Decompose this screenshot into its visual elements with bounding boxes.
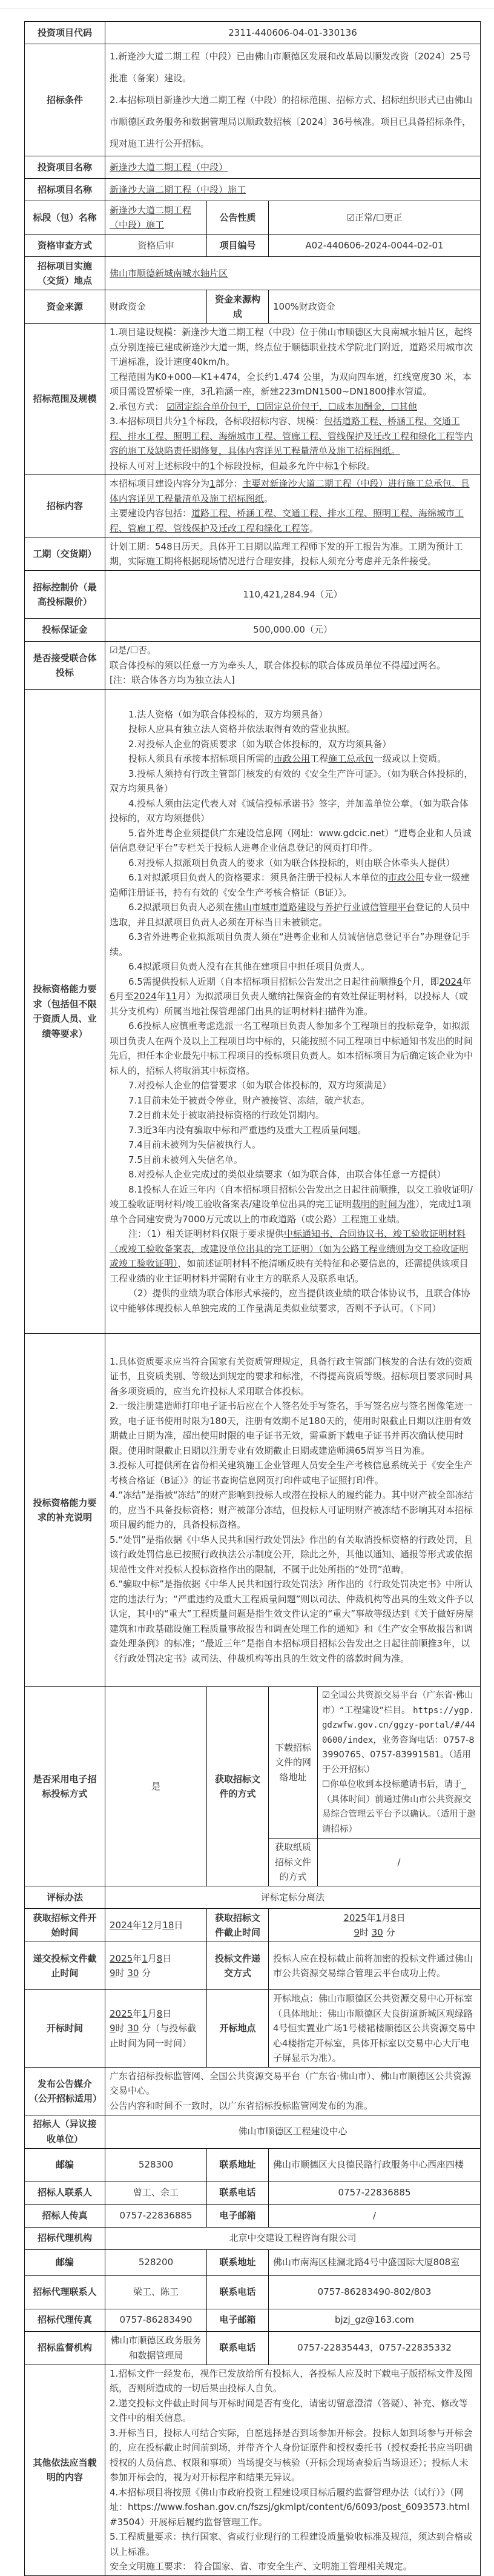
nature-option-correction: 更正 (384, 212, 403, 223)
row-bid-bond: 投标保证金 500,000.00（元） (25, 619, 481, 642)
unit-day: 日 (162, 2008, 171, 2019)
tenderer-fax-value: 0757-22836885 (105, 2204, 207, 2227)
obtain-end-hour: 9 (354, 1927, 360, 1938)
row-agency-fax: 招标代理传真 0757-86283490 电子邮箱 bjzj_gz@163.co… (25, 2309, 481, 2331)
agency-postcode-value: 528200 (105, 2249, 207, 2275)
unit-hour: 时 (116, 1968, 125, 1979)
obtain-end-value: 2025年1月8日 9时 30 分 (269, 1909, 481, 1942)
label-location: 招标项目实施（交货）地点 (25, 257, 105, 290)
row-others: 其他依法应当载明的内容 1.招标文件一经发布，视作已发放给所有投标人，各投标人应… (25, 2365, 481, 2575)
label-agency-fax: 招标代理传真 (25, 2309, 105, 2331)
scope-p5-n2: 1 (334, 461, 340, 471)
qual-2a-u2: 施工总承包 (328, 753, 374, 764)
supplement-item-1: 1.具体资质要求应当符合国家有关资质管理规定，具备行政主管部门核发的合法有效的资… (110, 1354, 476, 1399)
control-price-value: 110,421,284.94（元） (105, 571, 481, 619)
consortium-choice: ☑是/☐否。 (110, 643, 476, 658)
obtain-start-year: 2024 (110, 1920, 133, 1931)
row-electronic: 是否采用电子招标投标方式 是 获取招标文件的方式 下载招标文件的网络地址 ☑全国… (25, 1687, 481, 1839)
qual-6-2-u: 佛山市城市道路建设与养护行业诚信管理平台 (234, 902, 415, 913)
qual-2a-3: 一级或以上资质。 (374, 753, 446, 764)
unit-month: 月 (153, 1920, 162, 1931)
others-item-4: 4.本招标项目将按照《佛山市政府投资工程建设项目标后履约监督管理办法（试行）》（… (110, 2485, 476, 2530)
submit-hour: 9 (110, 1968, 116, 1979)
submit-year: 2025 (110, 1953, 133, 1964)
agency-contact-value: 梁工、陈工 (105, 2275, 207, 2309)
unit-month: 月 (148, 1953, 157, 1964)
unit-minute: 分 (142, 2023, 151, 2034)
qual-1: 1.法人资格（如为联合体投标的，双方均须具备） (110, 707, 476, 722)
row-obtain-time: 获取招标文件开始时间 2024年12月18日 获取招标文件截止时间 2025年1… (25, 1909, 481, 1942)
label-obtain-method: 获取招标文件的方式 (207, 1687, 269, 1886)
qual-1a: 投标人应具有独立法人资格并依法取得有效的营业执照。 (110, 722, 476, 737)
content-b-end: 。 (309, 523, 318, 534)
agency-phone-value: 0757-86283490-802/803 (269, 2275, 481, 2309)
label-tenderer-address: 联系地址 (207, 2148, 269, 2182)
qual-6-5-months: 6 (397, 976, 403, 987)
unit-minute: 分 (142, 1968, 151, 1979)
content-a-count: 1 (209, 478, 216, 489)
label-electronic: 是否采用电子招标投标方式 (25, 1687, 105, 1886)
qual-6-5-a: 6.5需提供投标人近期（自本招标项目招标公告发出之日起往前顺推 (128, 976, 397, 987)
obtain-start-value: 2024年12月18日 (105, 1909, 207, 1942)
media-line-2: 公告内容和时间不一致时，以广东省招标投标监管网发布的为准。 (110, 2098, 476, 2114)
label-agency-postcode: 邮编 (25, 2249, 105, 2275)
qual-6-5-c: 年 (463, 976, 472, 987)
scope-p5: 投标人可对上述标段中的1个标段投标，但最多允许中标1个标段。 (110, 459, 476, 474)
unit-month: 月 (148, 2008, 157, 2019)
scope-p2: 工程范围为K0+000—K1+474，全长约1.474 公里，为双向四车道，红线… (110, 370, 476, 399)
qual-6-5-month2: 11 (166, 991, 177, 1002)
download-address-value: ☑全国公共资源交易平台（广东省·佛山市）“工程建设”栏目。 https://yg… (318, 1687, 481, 1839)
tender-notice-table: 投资项目代码 2311-440606-04-01-330136 招标条件 1.新… (24, 21, 481, 2576)
row-tenderer-fax: 招标人传真 0757-22836885 电子邮箱 / (25, 2204, 481, 2227)
qual-6-5: 6.5需提供投标人近期（自本招标项目招标公告发出之日起往前顺推6个月，即2024… (110, 974, 476, 1019)
scope-p3: 2.承包方式： ☑固定综合单价包干，☐固定总价包干，☐成本加酬金，☐其他 (110, 399, 476, 414)
label-opening-time: 开标时间 (25, 1990, 105, 2068)
qual-8-1: 8.1投标人在近三年内（自本招标项目招标公告发出之日起往前顺推，以交工验收证明/… (110, 1182, 476, 1227)
qual-2a-1: 投标人须具有承接本招标项目所需的 (128, 753, 274, 764)
scope-section-count: 1 (182, 416, 188, 427)
content-a: 本招标项目建设内容分为1部分：主要对新逢沙大道二期工程（中段）进行施工总承包。具… (110, 476, 476, 506)
supervisor-value: 佛山市顺德区政务服务和数据管理局 (105, 2331, 207, 2365)
label-supervisor-phone: 联系电话 (207, 2331, 269, 2365)
row-submit: 递交投标文件截止时间 2025年1月8日 9时 30 分 投标文件递交方式 投标… (25, 1942, 481, 1990)
content-value: 本招标项目建设内容分为1部分：主要对新逢沙大道二期工程（中段）进行施工总承包。具… (105, 475, 481, 537)
label-tenderer-postcode: 邮编 (25, 2148, 105, 2182)
label-tenderer-email: 电子邮箱 (207, 2204, 269, 2227)
submit-month: 1 (142, 1953, 148, 1964)
label-qualification: 投标资格能力要求（包括但不限于资质人员、业绩等要求） (25, 690, 105, 1334)
media-line-1: 广东省招标投标监管网、全国公共资源交易平台（广东省·佛山市）、佛山市顺德区公共资… (110, 2069, 476, 2098)
label-tenderer-contact: 招标人联系人 (25, 2182, 105, 2204)
label-obtain-start: 获取招标文件开始时间 (25, 1909, 105, 1942)
scope-p5-b: 个标段投标，但最多允许中标 (216, 461, 334, 471)
row-investment-project-name: 投资项目名称 新逢沙大道二期工程（中段） (25, 156, 481, 179)
label-evaluation: 评标办法 (25, 1886, 105, 1909)
investment-project-name-cell: 新逢沙大道二期工程（中段） (105, 156, 481, 179)
opening-hour: 9 (110, 2023, 116, 2034)
scope-p4-prefix: 3.本招标项目共分 (110, 416, 182, 427)
unit-day: 日 (174, 1920, 183, 1931)
agency-address-value: 佛山市南海区桂澜北路4号中盛国际大厦808室 (269, 2249, 481, 2275)
label-obtain-end: 获取招标文件截止时间 (207, 1909, 269, 1942)
unit-hour: 时 (360, 1927, 369, 1938)
label-agency-phone: 联系电话 (207, 2275, 269, 2309)
qual-6-3: 6.3省外进粤企业拟派项目负责人须在“进粤企业和人员诚信信息登记平台”办理登记手… (110, 930, 476, 959)
qual-7-5: 7.5目前未被列入失信名单。 (110, 1153, 476, 1168)
qual-6-5-year2: 2024 (134, 991, 157, 1002)
label-project-code: 投资项目代码 (25, 22, 105, 44)
row-agency: 招标代理机构 北京中交建设工程咨询有限公司 (25, 2227, 481, 2249)
nature-option-normal: 正常 (355, 212, 373, 223)
label-qualification-review: 资格审查方式 (25, 235, 105, 257)
agency-email-value[interactable]: bjzj_gz@163.com (269, 2309, 481, 2331)
agency-fax-value: 0757-86283490 (105, 2309, 207, 2331)
content-a-prefix: 本招标项目建设内容分为 (110, 478, 209, 489)
others-item-3: 3.开标当日，投标人可结合实际，自愿选择是否到场参加开标会。投标人如到场参与开标… (110, 2426, 476, 2485)
obtain-end-day: 8 (390, 1912, 397, 1923)
section-name-value: 新逢沙大道二期工程（中段）施工 (110, 205, 191, 231)
row-supplement: 投标资格能力要求的补充说明 1.具体资质要求应当符合国家有关资质管理规定，具备行… (25, 1334, 481, 1687)
label-tenderer-phone: 联系电话 (207, 2182, 269, 2204)
qualification-review-value: 资格后审 (105, 235, 207, 257)
label-control-price: 招标控制价（最高投标限价） (25, 571, 105, 619)
label-funding-composition: 资金来源构成 (207, 290, 269, 324)
qual-3: 3.投标人须持有行政主管部门核发的有效的《安全生产许可证》。（如为联合体投标的，… (110, 767, 476, 796)
label-scope: 招标范围及规模 (25, 324, 105, 475)
row-project-code: 投资项目代码 2311-440606-04-01-330136 (25, 22, 481, 44)
row-tenderer: 招标人（异议接收单位） 佛山市顺德区工程建设中心 (25, 2115, 481, 2148)
section-name-cell: 新逢沙大道二期工程（中段）施工 (105, 201, 207, 235)
qual-note-2: （2）提供的业绩为联合体形式承接的，应当提供该业绩的联合体协议书，且联合体协议中… (110, 1286, 476, 1316)
others-item-1: 1.招标文件一经发布，视作已发放给所有投标人，各投标人应及时下载电子版招标文件及… (110, 2366, 476, 2396)
qual-4: 4.投标人须由法定代表人对《诚信投标承诺书》签字，并加盖单位公章。（如为联合体投… (110, 796, 476, 826)
qual-note-1-a: 注：（1）相关证明材料仅限于要求提供 (128, 1228, 284, 1239)
qual-6-5-b: 个月，即 (403, 976, 439, 987)
row-content: 招标内容 本招标项目建设内容分为1部分：主要对新逢沙大道二期工程（中段）进行施工… (25, 475, 481, 537)
qual-note-1: 注：（1）相关证明材料仅限于要求提供中标通知书、合同协议书、竣工验收证明材料（或… (110, 1226, 476, 1286)
qual-6: 6.对投标人拟派项目负责人的要求（如为联合体投标的，则由联合体牵头人提供） (110, 856, 476, 871)
row-qualification-review: 资格审查方式 资格后审 项目编号 A02-440606-2024-0044-02… (25, 235, 481, 257)
others-item-6: 安全文明施工要求： 符合国家、省、市安全生产、文明施工管理相关规定。 (110, 2559, 476, 2574)
download-invite-option: ☐你单位收到本投标邀请书后，请于_（具体时间）前通过佛山市公共资源交易综合管理云… (322, 1777, 476, 1837)
supplement-item-2: 2.一级注册建造师打印电子证书后应在个人签名处手写签名，手写签名应与签名图像笔迹… (110, 1399, 476, 1458)
row-control-price: 招标控制价（最高投标限价） 110,421,284.94（元） (25, 571, 481, 619)
location-cell: 佛山市顺德新城南城水轴片区 (105, 257, 481, 290)
qual-6-1: 6.1对拟派项目负责人的资格要求：须具备注册于投标人本单位的市政公用专业一级建造… (110, 870, 476, 900)
submit-deadline-value: 2025年1月8日 9时 30 分 (105, 1942, 207, 1990)
consortium-line1: 联合体投标的须以任意一方为牵头人，联合体投标的联合体成员单位不得超过两名。 (110, 658, 476, 673)
opening-time-value: 2025年1月8日 9时 30 分（与投标截止时间为同一时间） (105, 1990, 207, 2068)
scope-p5-n1: 1 (209, 461, 216, 471)
qual-5: 5.省外进粤企业须提供广东建设信息网（网址：www.gdcic.net）“进粤企… (110, 826, 476, 856)
label-funding: 资金来源 (25, 290, 105, 324)
row-agency-post: 邮编 528200 联系地址 佛山市南海区桂澜北路4号中盛国际大厦808室 (25, 2249, 481, 2275)
tenderer-value: 佛山市顺德区工程建设中心 (105, 2115, 481, 2148)
qual-7-1: 7.1目前未处于被责令停业，财产被接管、冻结，破产状态。 (110, 1093, 476, 1108)
qual-2: 2.对投标人企业的资质要求（如为联合体投标的，双方均须具备） (110, 737, 476, 752)
label-investment-project-name: 投资项目名称 (25, 156, 105, 179)
content-a-mid: 部分： (216, 478, 243, 489)
supplement-item-5: 5.“处罚”是指依据《中华人民共和国行政处罚法》作出的有关取消投标资格的行政处罚… (110, 1533, 476, 1577)
qual-2a: 投标人须具有承接本招标项目所需的市政公用工程施工总承包一级或以上资质。 (110, 751, 476, 767)
tenderer-contact-value: 曾工、余工 (105, 2182, 207, 2204)
conditions-value: 1.新逢沙大道二期工程（中段）已由佛山市顺德区发展和改革局以顺发改资〔2024〕… (105, 44, 481, 156)
row-opening: 开标时间 2025年1月8日 9时 30 分（与投标截止时间为同一时间） 开标地… (25, 1990, 481, 2068)
label-download-address: 下载招标文件的网络地址 (269, 1687, 318, 1839)
notice-nature-value: ☑正常/☐更正 (269, 201, 481, 235)
row-agency-contact: 招标代理联系人 梁工、陈工 联系电话 0757-86283490-802/803 (25, 2275, 481, 2309)
qual-6-5-e: 年 (157, 991, 166, 1002)
others-item-2: 2.递交投标文件截止时间与开标时间是否有变化，请密切留意澄清（答疑）、补充、修改… (110, 2396, 476, 2426)
tender-project-name-value: 新逢沙大道二期工程（中段）施工 (110, 184, 246, 195)
opening-day: 8 (157, 2008, 163, 2019)
unit-year: 年 (367, 1912, 376, 1923)
investment-project-name-value: 新逢沙大道二期工程（中段） (110, 162, 228, 173)
project-no-value: A02-440606-2024-0044-02-01 (269, 235, 481, 257)
tenderer-email-value: / (269, 2204, 481, 2227)
content-b: 主要建设内容包括：道路工程、桥涵工程、交通工程、排水工程、照明工程、海绵城市工程… (110, 506, 476, 536)
qual-7-4: 7.4目前未被列为失信被执行人。 (110, 1137, 476, 1153)
conditions-item-2: 2.本招标项目新逢沙大道二期工程（中段）的招标范围、招标方式、招标组织形式已由佛… (110, 89, 476, 155)
media-value: 广东省招标投标监管网、全国公共资源交易平台（广东省·佛山市）、佛山市顺德区公共资… (105, 2067, 481, 2115)
row-evaluation: 评标办法 评标定标分离法 (25, 1886, 481, 1909)
qual-6-2-a: 6.2拟派项目负责人必须在 (128, 902, 234, 913)
qual-7-2: 7.2目前未处于被取消投标资格的行政处罚期内。 (110, 1108, 476, 1123)
row-consortium: 是否接受联合体投标 ☑是/☐否。 联合体投标的须以任意一方为牵头人，联合体投标的… (25, 642, 481, 690)
unit-day: 日 (162, 1953, 171, 1964)
content-a-end: 。 (264, 493, 273, 504)
scope-p4: 3.本招标项目共分1个标段，各标段招标内容、规模：包括道路工程、桥涵工程、交通工… (110, 414, 476, 459)
label-submit-deadline: 递交投标文件截止时间 (25, 1942, 105, 1990)
period-value: 计划工期：548日历天。具体开工日期以监理工程师下发的开工报告为准。工期为预计工… (105, 537, 481, 571)
label-submit-method: 投标文件递交方式 (207, 1942, 269, 1990)
scope-value: 1.项目建设规模：新逢沙大道二期工程（中段）位于佛山市顺德区大良南城水轴片区，起… (105, 324, 481, 475)
qual-8-1-u: 载明的时间为准 (352, 1199, 415, 1210)
label-agency-address: 联系地址 (207, 2249, 269, 2275)
row-funding: 资金来源 财政资金 资金来源构成 100%财政资金 (25, 290, 481, 324)
supplement-item-4: 4.“冻结”是指被“冻结”的财产影响到投标人或潜在投标人的履约能力。其中财产被全… (110, 1488, 476, 1533)
consortium-value: ☑是/☐否。 联合体投标的须以任意一方为牵头人，联合体投标的联合体成员单位不得超… (105, 642, 481, 690)
label-media: 发布公告媒介（公开招标适用） (25, 2067, 105, 2115)
supplement-value: 1.具体资质要求应当符合国家有关资质管理规定，具备行政主管部门核发的合法有效的资… (105, 1334, 481, 1687)
qual-7: 7.对投标人企业的信誉要求（如为联合体投标的，双方均须满足） (110, 1078, 476, 1093)
row-media: 发布公告媒介（公开招标适用） 广东省招标投标监管网、全国公共资源交易平台（广东省… (25, 2067, 481, 2115)
row-location: 招标项目实施（交货）地点 佛山市顺德新城南城水轴片区 (25, 257, 481, 290)
checkbox-unchecked-icon: ☐ (376, 212, 384, 223)
label-consortium: 是否接受联合体投标 (25, 642, 105, 690)
qual-2a-2: 工程 (310, 753, 328, 764)
qual-2a-u1: 市政公用 (274, 753, 310, 764)
qual-8: 8.对投标人企业完成过的类似业绩要求（如为联合体，由联合体任意一方提供） (110, 1167, 476, 1182)
label-project-no: 项目编号 (207, 235, 269, 257)
qual-6-6: 6.6投标人应慎重考虑选派一名工程项目负责人参加多个工程项目的投标竞争，如拟派项… (110, 1019, 476, 1078)
opening-place-value: 开标地点：佛山市顺德区公共资源交易中心开标室（具体地址：佛山市顺德区大良街道新城… (269, 1990, 481, 2068)
label-agency: 招标代理机构 (25, 2227, 105, 2249)
row-conditions: 招标条件 1.新逢沙大道二期工程（中段）已由佛山市顺德区发展和改革局以顺发改资〔… (25, 44, 481, 156)
unit-year: 年 (133, 1953, 142, 1964)
label-content: 招标内容 (25, 475, 105, 537)
label-conditions: 招标条件 (25, 44, 105, 156)
obtain-end-year: 2025 (343, 1912, 366, 1923)
scope-contract-options: ☑固定综合单价包干，☐固定总价包干，☐成本加酬金，☐其他 (166, 401, 417, 412)
opening-year: 2025 (110, 2008, 133, 2019)
electronic-value: 是 (105, 1687, 207, 1886)
tenderer-phone-value: 0757-22836885 (269, 2182, 481, 2204)
qual-6-5-month1: 6 (110, 991, 116, 1002)
consortium-line2: [注：联合体各方均为独立法人] (110, 673, 476, 688)
label-agency-contact: 招标代理联系人 (25, 2275, 105, 2309)
label-section-name: 标段（包）名称 (25, 201, 105, 235)
obtain-start-day: 18 (162, 1920, 174, 1931)
qual-6-5-d: 月至 (116, 991, 134, 1002)
qualification-value: 1.法人资格（如为联合体投标的，双方均须具备） 投标人应具有独立法人资格并依法取… (105, 690, 481, 1334)
scope-p4-mid: 个标段，各标段招标内容、规模： (188, 416, 324, 427)
qual-6-5-year1: 2024 (439, 976, 462, 987)
label-notice-nature: 公告性质 (207, 201, 269, 235)
row-supervisor: 招标监督机构 佛山市顺德区政务服务和数据管理局 联系电话 0757-228354… (25, 2331, 481, 2365)
qual-7-3: 7.3近3年内没有骗取中标和严重违约及重大工程质量问题。 (110, 1123, 476, 1138)
paper-method-value: / (318, 1839, 481, 1886)
page-top-divider (0, 8, 494, 9)
label-others: 其他依法应当载明的内容 (25, 2365, 105, 2575)
submit-day: 8 (157, 1953, 163, 1964)
funding-value: 财政资金 (105, 290, 207, 324)
unit-minute: 分 (386, 1927, 395, 1938)
supplement-item-6: 6.“骗取中标”是指依据《中华人民共和国行政处罚法》所作出的《行政处罚决定书》中… (110, 1577, 476, 1666)
qual-6-1-a: 6.1对拟派项目负责人的资格要求：须具备注册于投标人本单位的 (128, 872, 388, 883)
opening-minute: 30 (127, 2023, 139, 2034)
project-code-value: 2311-440606-04-01-330136 (105, 22, 481, 44)
others-value: 1.招标文件一经发布，视作已发放给所有投标人，各投标人应及时下载电子版招标文件及… (105, 2365, 481, 2575)
content-b-prefix: 主要建设内容包括： (110, 508, 191, 519)
unit-year: 年 (133, 1920, 142, 1931)
label-supervisor: 招标监督机构 (25, 2331, 105, 2365)
supervisor-phone-value: 0757-22835443，0757-22835332 (269, 2331, 481, 2365)
scope-contract-label: 2.承包方式： (110, 401, 163, 412)
scope-p5-a: 投标人可对上述标段中的 (110, 461, 209, 471)
label-paper-method: 获取纸质招标文件的方式 (269, 1839, 318, 1886)
row-qualification: 投标资格能力要求（包括但不限于资质人员、业绩等要求） 1.法人资格（如为联合体投… (25, 690, 481, 1334)
label-tenderer: 招标人（异议接收单位） (25, 2115, 105, 2148)
conditions-item-1: 1.新逢沙大道二期工程（中段）已由佛山市顺德区发展和改革局以顺发改资〔2024〕… (110, 45, 476, 89)
funding-composition-value: 100%财政资金 (269, 290, 481, 324)
opening-month: 1 (142, 2008, 148, 2019)
obtain-end-minute: 30 (372, 1927, 383, 1938)
label-agency-email: 电子邮箱 (207, 2309, 269, 2331)
others-item-5: 5.工程质量要求：执行国家、省或行业现行的工程建设质量验收标准及规范，须达到合格… (110, 2529, 476, 2559)
tenderer-address-value: 佛山市顺德区大良德民路行政服务中心西座四楼 (269, 2148, 481, 2182)
evaluation-value: 评标定标分离法 (105, 1886, 481, 1909)
submit-method-value: 投标人应在投标截止前将加密的投标文件通过佛山市公共资源交易综合管理云平台成功上传… (269, 1942, 481, 1990)
location-value: 佛山市顺德新城南城水轴片区 (110, 268, 228, 279)
tenderer-postcode-value: 528300 (105, 2148, 207, 2182)
scope-p1: 1.项目建设规模：新逢沙大道二期工程（中段）位于佛山市顺德区大良南城水轴片区，起… (110, 325, 476, 370)
row-period: 工期（交货期） 计划工期：548日历天。具体开工日期以监理工程师下发的开工报告为… (25, 537, 481, 571)
label-tender-project-name: 招标项目名称 (25, 179, 105, 201)
qual-6-2: 6.2拟派项目负责人必须在佛山市城市道路建设与养护行业诚信管理平台登记的人员中选… (110, 900, 476, 930)
bid-bond-value: 500,000.00（元） (105, 619, 481, 642)
qual-6-1-u: 市政公用 (388, 872, 424, 883)
row-tender-project-name: 招标项目名称 新逢沙大道二期工程（中段）施工 (25, 179, 481, 201)
row-tenderer-post: 邮编 528300 联系地址 佛山市顺德区大良德民路行政服务中心西座四楼 (25, 2148, 481, 2182)
label-opening-place: 开标地点 (207, 1990, 269, 2068)
unit-month: 月 (381, 1912, 390, 1923)
unit-hour: 时 (116, 2023, 125, 2034)
unit-day: 日 (397, 1912, 406, 1923)
row-tenderer-contact: 招标人联系人 曾工、余工 联系电话 0757-22836885 (25, 2182, 481, 2204)
label-supplement: 投标资格能力要求的补充说明 (25, 1334, 105, 1687)
qual-6-4: 6.4拟派项目负责人没有在其他在建项目中担任项目负责人。 (110, 959, 476, 974)
unit-year: 年 (133, 2008, 142, 2019)
obtain-start-month: 12 (142, 1920, 153, 1931)
label-bid-bond: 投标保证金 (25, 619, 105, 642)
supplement-item-3: 3.投标人可提供所在省份相关建筑施工企业管理人员安全生产考核信息系统关于《安全生… (110, 1458, 476, 1488)
checkbox-checked-icon: ☑ (347, 212, 355, 223)
obtain-end-month: 1 (376, 1912, 382, 1923)
agency-value: 北京中交建设工程咨询有限公司 (105, 2227, 481, 2249)
row-scope: 招标范围及规模 1.项目建设规模：新逢沙大道二期工程（中段）位于佛山市顺德区大良… (25, 324, 481, 475)
label-tenderer-fax: 招标人传真 (25, 2204, 105, 2227)
label-period: 工期（交货期） (25, 537, 105, 571)
submit-minute: 30 (127, 1968, 139, 1979)
tender-project-name-cell: 新逢沙大道二期工程（中段）施工 (105, 179, 481, 201)
scope-p5-c: 个标段。 (339, 461, 375, 471)
row-section-name: 标段（包）名称 新逢沙大道二期工程（中段）施工 公告性质 ☑正常/☐更正 (25, 201, 481, 235)
